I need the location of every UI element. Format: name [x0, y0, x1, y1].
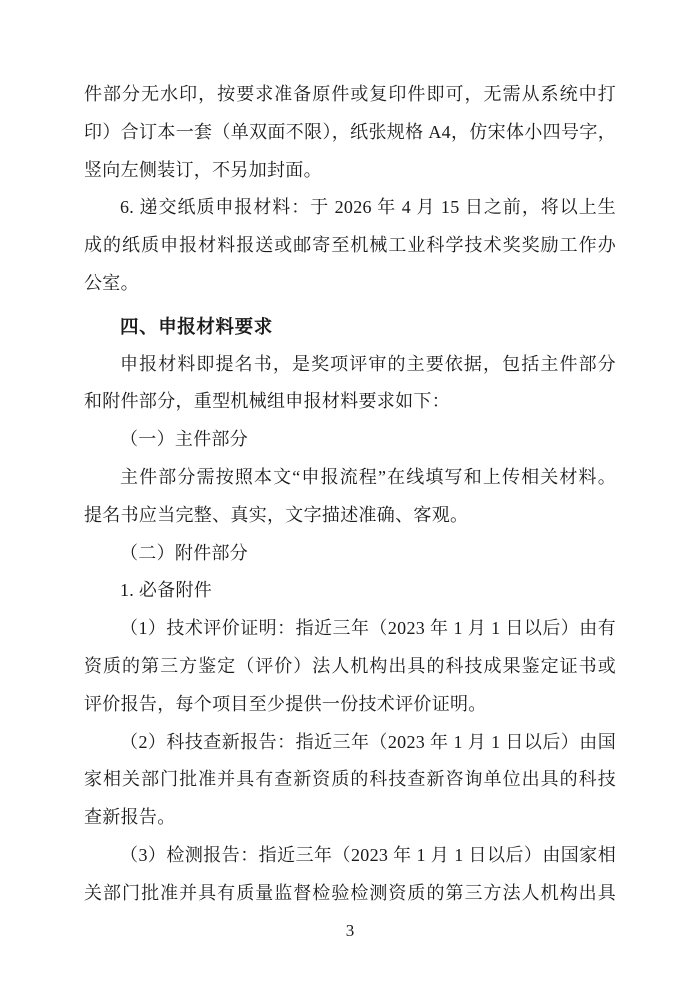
text-line: 资质的第三方鉴定（评价）法人机构出具的科技成果鉴定证书或: [84, 648, 616, 686]
text-line: （1）技术评价证明：指近三年（2023 年 1 月 1 日以后）由有: [84, 610, 616, 648]
text-line: （2）科技查新报告：指近三年（2023 年 1 月 1 日以后）由国: [84, 724, 616, 762]
paragraph: （二）附件部分: [84, 535, 616, 573]
paragraph: 申报材料即提名书，是奖项评审的主要依据，包括主件部分和附件部分，重型机械组申报材…: [84, 346, 616, 422]
document-page: 件部分无水印，按要求准备原件或复印件即可，无需从系统中打印）合订本一套（单双面不…: [0, 0, 700, 989]
paragraph: 1. 必备附件: [84, 572, 616, 610]
paragraph: 件部分无水印，按要求准备原件或复印件即可，无需从系统中打印）合订本一套（单双面不…: [84, 76, 616, 189]
paragraph: （1）技术评价证明：指近三年（2023 年 1 月 1 日以后）由有资质的第三方…: [84, 610, 616, 723]
page-number: 3: [346, 921, 355, 940]
text-line: 1. 必备附件: [84, 572, 616, 610]
text-line: 成的纸质申报材料报送或邮寄至机械工业科学技术奖奖励工作办: [84, 227, 616, 265]
text-line: 申报材料即提名书，是奖项评审的主要依据，包括主件部分: [84, 346, 616, 384]
text-line: 主件部分需按照本文“申报流程”在线填写和上传相关材料。: [84, 459, 616, 497]
text-line: 评价报告，每个项目至少提供一份技术评价证明。: [84, 686, 616, 724]
paragraph: 主件部分需按照本文“申报流程”在线填写和上传相关材料。提名书应当完整、真实，文字…: [84, 459, 616, 535]
paragraph: （一）主件部分: [84, 421, 616, 459]
text-line: 家相关部门批准并具有查新资质的科技查新咨询单位出具的科技: [84, 761, 616, 799]
text-line: 印）合订本一套（单双面不限），纸张规格 A4，仿宋体小四号字，: [84, 114, 616, 152]
page-footer: 3: [84, 918, 616, 944]
paragraph: 6. 递交纸质申报材料：于 2026 年 4 月 15 日之前，将以上生成的纸质…: [84, 189, 616, 302]
text-line: 和附件部分，重型机械组申报材料要求如下：: [84, 383, 616, 421]
text-line: 竖向左侧装订，不另加封面。: [84, 152, 616, 190]
text-line: 提名书应当完整、真实，文字描述准确、客观。: [84, 497, 616, 535]
text-line: （二）附件部分: [84, 535, 616, 573]
text-line: （一）主件部分: [84, 421, 616, 459]
text-line: 关部门批准并具有质量监督检验检测资质的第三方法人机构出具: [84, 875, 616, 913]
text-line: 件部分无水印，按要求准备原件或复印件即可，无需从系统中打: [84, 76, 616, 114]
paragraph: （3）检测报告：指近三年（2023 年 1 月 1 日以后）由国家相关部门批准并…: [84, 837, 616, 913]
text-line: 四、申报材料要求: [84, 308, 616, 346]
text-line: 6. 递交纸质申报材料：于 2026 年 4 月 15 日之前，将以上生: [84, 189, 616, 227]
section-heading: 四、申报材料要求: [84, 308, 616, 346]
text-line: 公室。: [84, 265, 616, 303]
paragraph: （2）科技查新报告：指近三年（2023 年 1 月 1 日以后）由国家相关部门批…: [84, 724, 616, 837]
document-body: 件部分无水印，按要求准备原件或复印件即可，无需从系统中打印）合订本一套（单双面不…: [84, 76, 616, 913]
text-line: （3）检测报告：指近三年（2023 年 1 月 1 日以后）由国家相: [84, 837, 616, 875]
text-line: 查新报告。: [84, 799, 616, 837]
